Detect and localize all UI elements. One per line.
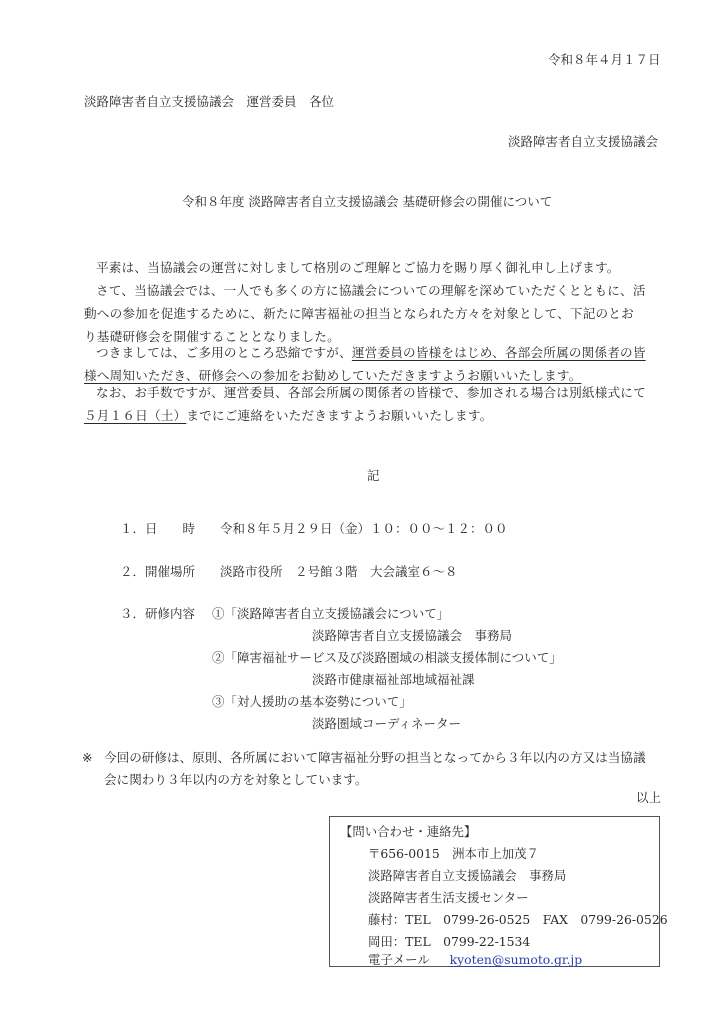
document-title: 令和８年度 淡路障害者自立支援協議会 基礎研修会の開催について [182, 196, 552, 209]
paragraph-text: までにご連絡をいただきますようお願いいたします。 [186, 408, 492, 423]
item-datetime-value: 令和８年５月２９日（金）１０：００～１２：００ [220, 523, 508, 536]
email-label: 電子メール [368, 952, 430, 967]
contact-fujimura: 藤村：TEL 0799-26-0525 FAX 0799-26-0526 [368, 914, 668, 926]
closing-ijo: 以上 [636, 792, 661, 805]
paragraph-purpose-1: さて、当協議会では、一人でも多くの方に協議会についての理解を深めていただくととも… [84, 285, 646, 298]
note-mark: ※ [82, 752, 92, 765]
item-venue-label: ２．開催場所 [120, 566, 195, 579]
paragraph-purpose-2: 動への参加を促進するために、新たに障害福祉の担当となられた方々を対象として、下記… [84, 308, 634, 321]
paragraph-text: さて、当協議会では、一人でも多くの方に協議会についての理解を深めていただくととも… [84, 283, 646, 298]
ki-heading: 記 [367, 470, 380, 483]
paragraph-greeting: 平素は、当協議会の運営に対しまして格別のご理解とご協力を賜り厚く御礼申し上げます… [84, 262, 620, 275]
contact-box: 【問い合わせ・連絡先】 〒656-0015 洲本市上加茂７ 淡路障害者自立支援協… [329, 816, 660, 967]
item-venue-value: 淡路市役所 ２号館３階 大会議室６～８ [220, 566, 458, 579]
contact-org-office: 淡路障害者自立支援協議会 事務局 [368, 870, 566, 882]
note-line-1: 今回の研修は、原則、各所属において障害福祉分野の担当となってから３年以内の方又は… [104, 752, 646, 765]
document-date: 令和８年４月１７日 [548, 54, 661, 67]
reply-deadline: ５月１６日（土） [84, 408, 186, 423]
email-link[interactable]: kyoten@sumoto.gr.jp [450, 952, 583, 967]
contact-okada: 岡田：TEL 0799-22-1534 [368, 936, 530, 948]
paragraph-reply-2: ５月１６日（土）までにご連絡をいただきますようお願いいたします。 [84, 410, 492, 423]
session-3-title: ③「対人援助の基本姿勢について」 [212, 696, 412, 709]
contact-email-row: 電子メール kyoten@sumoto.gr.jp [368, 954, 582, 966]
session-3-presenter: 淡路圏域コーディネーター [312, 718, 461, 731]
session-2-title: ②「障害福祉サービス及び淡路圏域の相談支援体制について」 [212, 652, 562, 665]
paragraph-reply-1: なお、お手数ですが、運営委員、各部会所属の関係者の皆様で、参加される場合は別紙様… [84, 387, 646, 400]
underlined-text: 運営委員の皆様をはじめ、各部会所属の関係者の皆 [352, 345, 646, 360]
paragraph-request-2: 様へ周知いただき、研修会への参加をお勧めしていただきますようお願いいたします。 [84, 370, 581, 383]
paragraph-text: つきましては、ご多用のところ恐縮ですが、 [84, 345, 352, 360]
sender-line: 淡路障害者自立支援協議会 [508, 136, 658, 149]
recipient-line: 淡路障害者自立支援協議会 運営委員 各位 [84, 96, 334, 109]
contact-heading: 【問い合わせ・連絡先】 [340, 826, 476, 838]
paragraph-text: なお、お手数ですが、運営委員、各部会所属の関係者の皆様で、参加される場合は別紙様… [84, 385, 646, 400]
contact-address: 〒656-0015 洲本市上加茂７ [368, 848, 539, 860]
underlined-text: 様へ周知いただき、研修会への参加をお勧めしていただきますようお願いいたします。 [84, 368, 581, 383]
note-line-2: 会に関わり３年以内の方を対象としています。 [104, 774, 367, 787]
item-content-label: ３．研修内容 [120, 608, 195, 621]
session-2-presenter: 淡路市健康福祉部地域福祉課 [312, 674, 475, 687]
contact-org-center: 淡路障害者生活支援センター [368, 892, 529, 904]
paragraph-purpose-3: り基礎研修会を開催することとなりました。 [84, 331, 340, 344]
paragraph-request-1: つきましては、ご多用のところ恐縮ですが、運営委員の皆様をはじめ、各部会所属の関係… [84, 347, 646, 360]
paragraph-text: 平素は、当協議会の運営に対しまして格別のご理解とご協力を賜り厚く御礼申し上げます… [84, 260, 620, 275]
item-datetime-label: １．日 時 [120, 523, 195, 536]
session-1-presenter: 淡路障害者自立支援協議会 事務局 [312, 630, 512, 643]
session-1-title: ①「淡路障害者自立支援協議会について」 [212, 608, 449, 621]
